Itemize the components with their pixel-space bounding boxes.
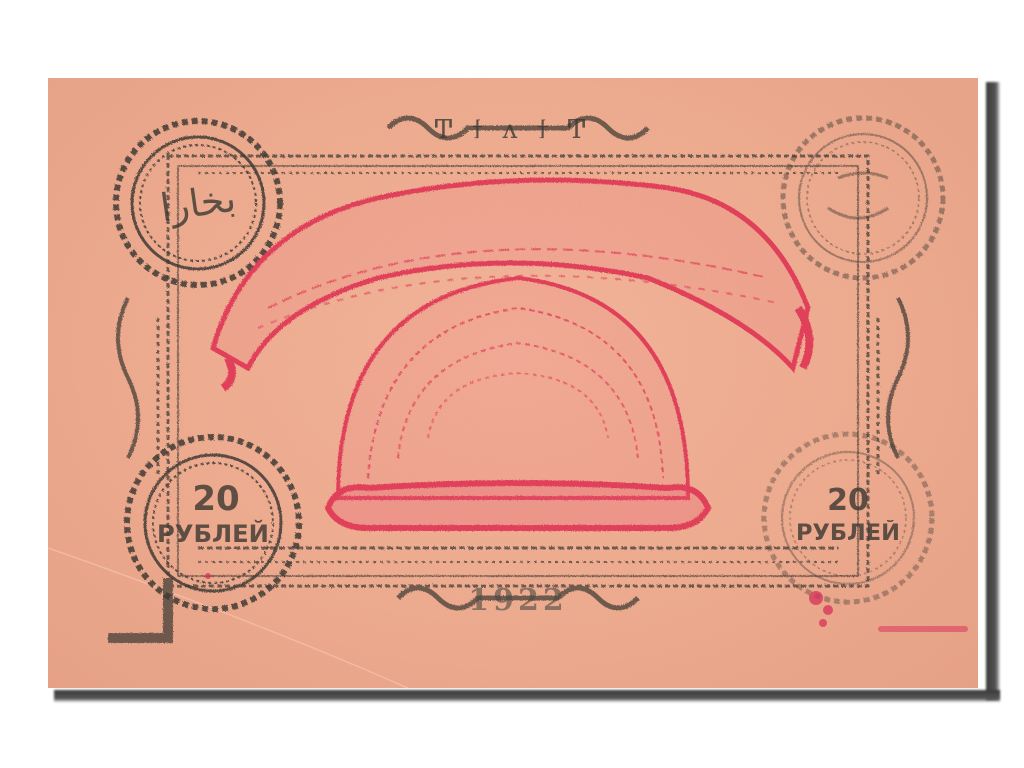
denomination-value-faded: 20 bbox=[827, 483, 869, 518]
top-cartouche-text: Ͳ ϯ ᴧ ϯ Ͳ bbox=[435, 115, 592, 145]
banknote: Ͳ ϯ ᴧ ϯ Ͳ بخارا 20 РУБЛЕЙ 20 РУБЛЕЙ bbox=[48, 78, 978, 688]
denomination-unit-faded: РУБЛЕЙ bbox=[796, 520, 900, 546]
photo-shadow-right bbox=[986, 82, 1000, 700]
banknote-artwork: Ͳ ϯ ᴧ ϯ Ͳ بخارا 20 РУБЛЕЙ 20 РУБЛЕЙ bbox=[48, 78, 978, 688]
denomination-unit: РУБЛЕЙ bbox=[157, 519, 269, 548]
denomination-value: 20 bbox=[192, 479, 239, 519]
photo-shadow-bottom bbox=[54, 690, 1000, 702]
year-text: 1922 bbox=[468, 583, 568, 618]
